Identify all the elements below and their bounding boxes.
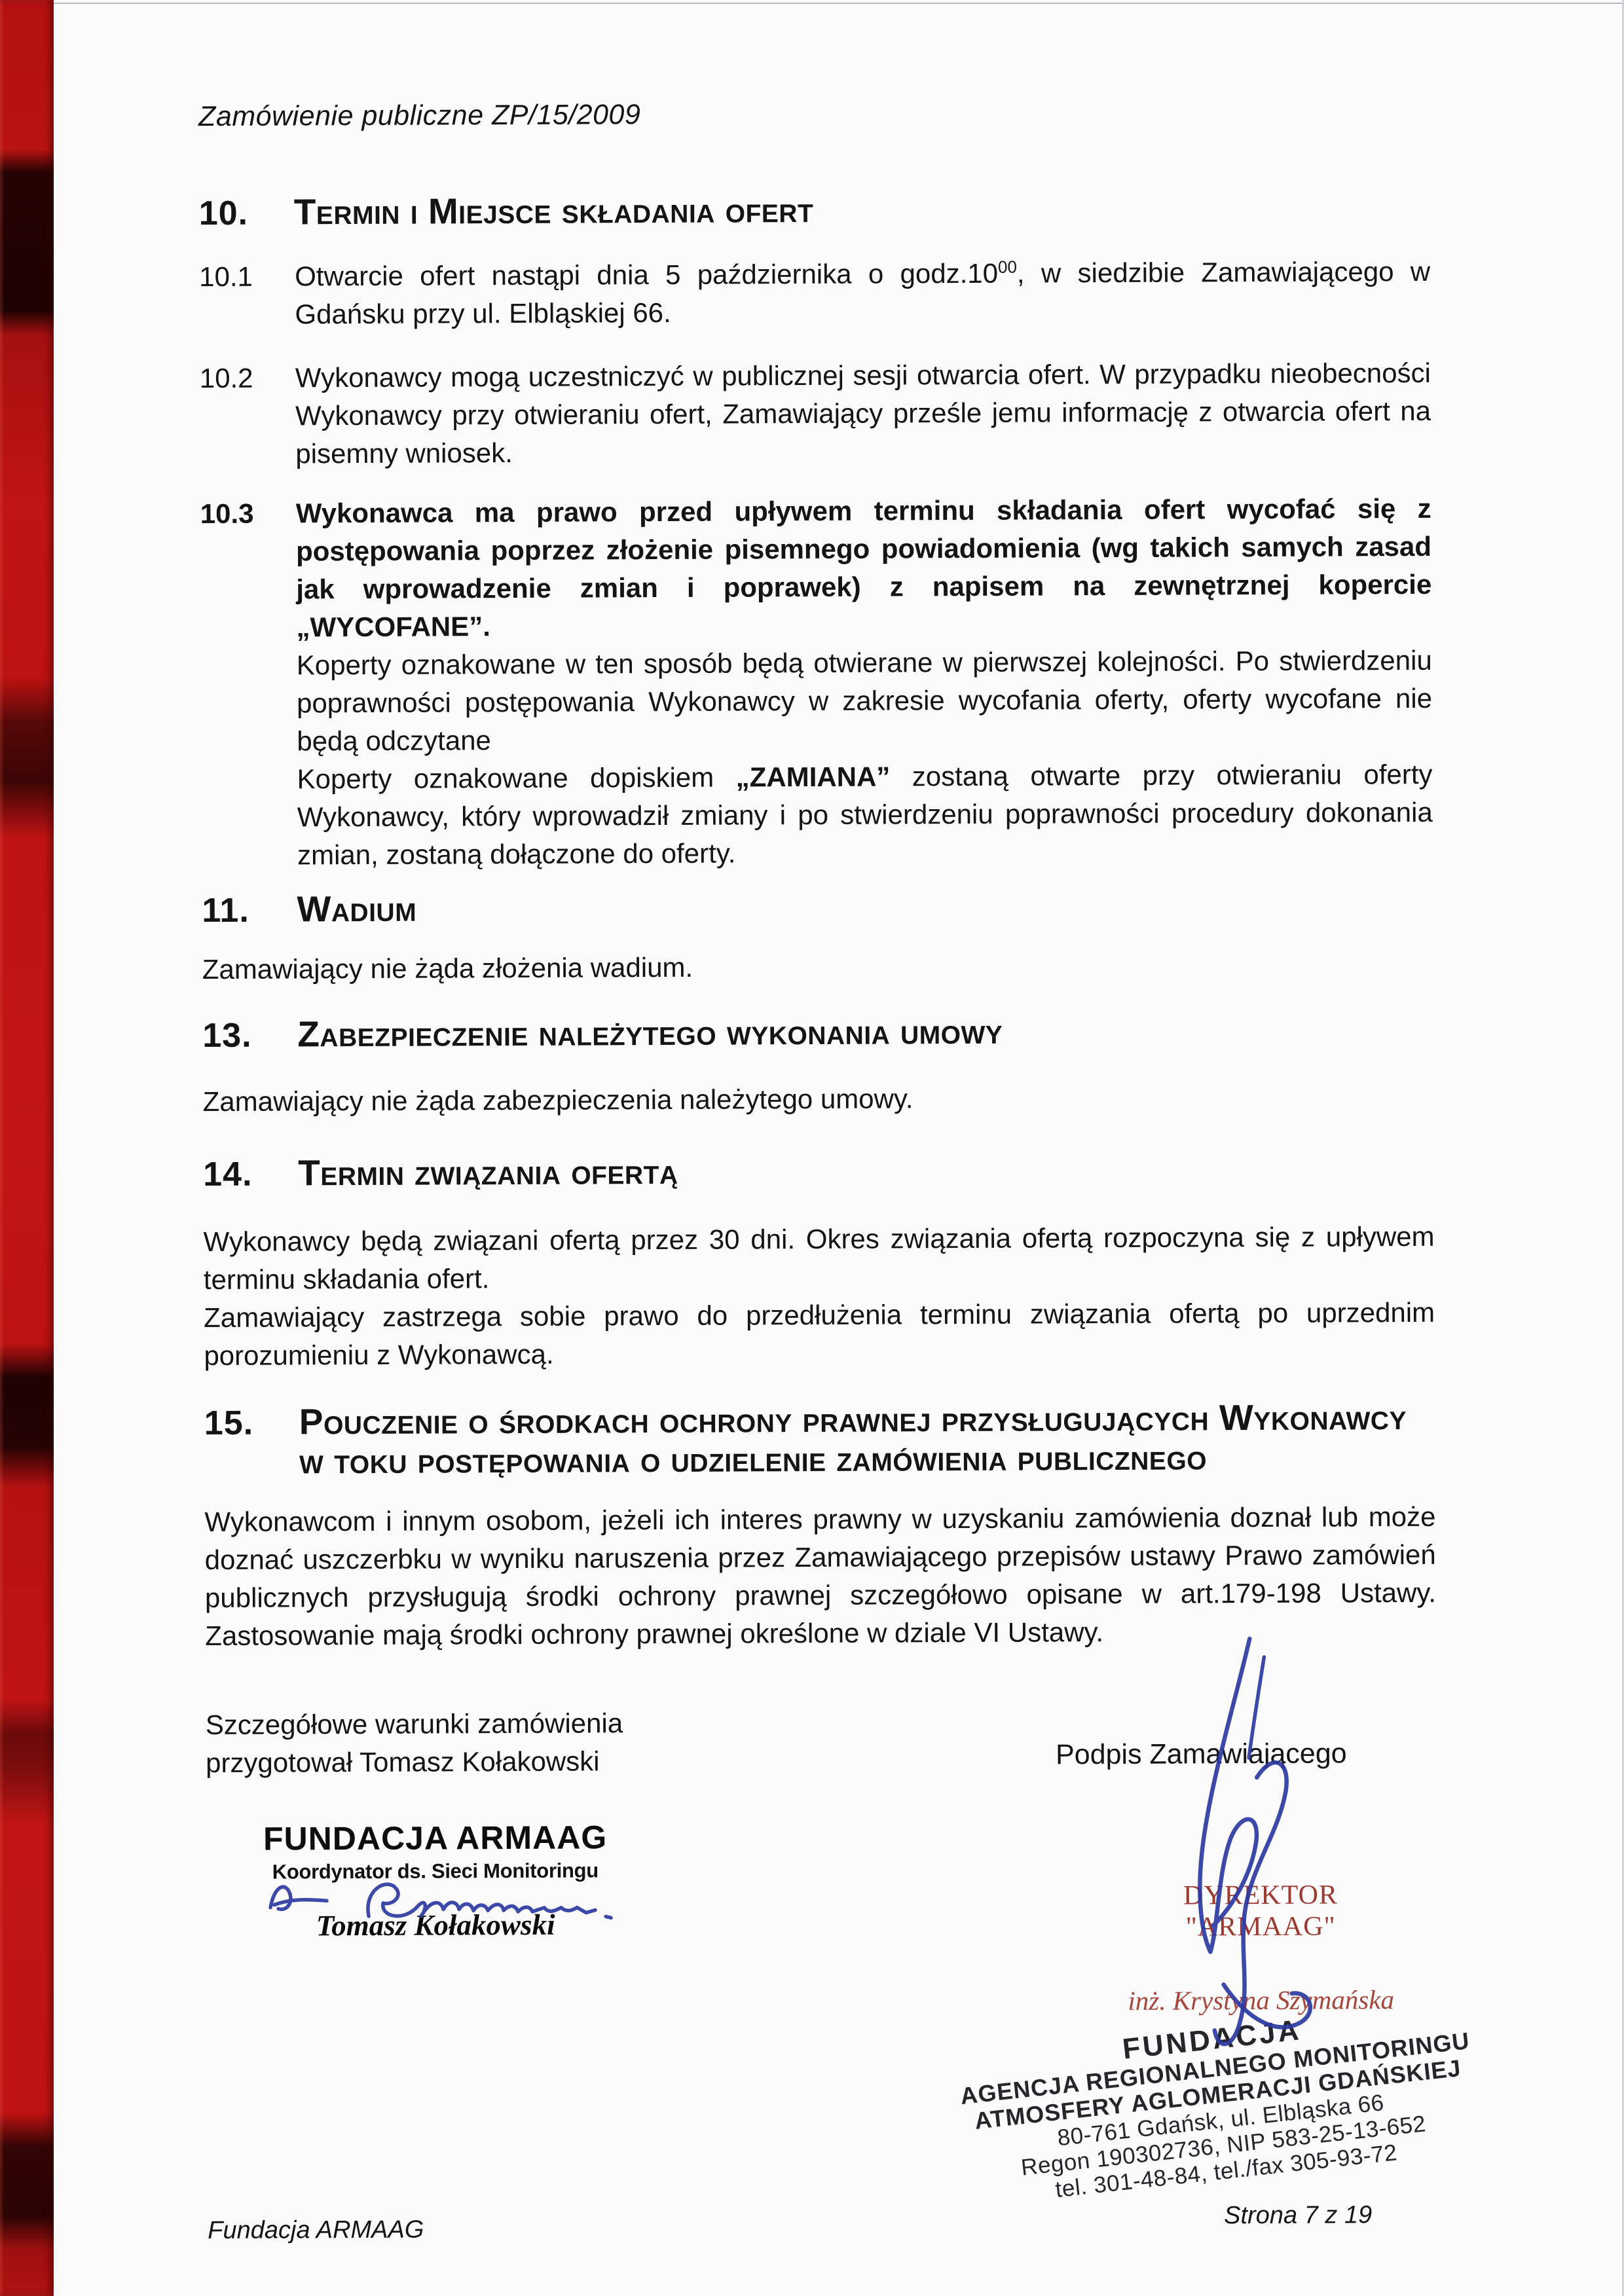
section-10-number: 10. <box>199 193 294 233</box>
section-11-number: 11. <box>202 890 297 930</box>
section-10-heading: 10. Termin i Miejsce składania ofert <box>199 187 1437 233</box>
section-14-title: Termin związania ofertą <box>298 1152 678 1193</box>
section-13-number: 13. <box>202 1015 297 1055</box>
signature-caption: Podpis Zamawiającego <box>1056 1738 1347 1771</box>
scanned-document-page: Zamówienie publiczne ZP/15/2009 10. Term… <box>0 0 1624 2296</box>
item-10-1-number: 10.1 <box>199 257 295 334</box>
armaag-stamp-title: FUNDACJA ARMAAG <box>258 1818 612 1857</box>
section-15-number: 15. <box>204 1403 299 1443</box>
item-10-1-superscript: 00 <box>998 257 1017 277</box>
section-10-title: Termin i Miejsce składania ofert <box>294 190 814 231</box>
item-10-3-p3-bold: „ZAMIANA” <box>736 761 891 792</box>
item-10-3-p3-pre: Koperty oznakowane dopiskiem <box>297 762 735 795</box>
section-15-title-line-1: Pouczenie o środkach ochrony prawnej prz… <box>299 1397 1442 1442</box>
footer-left: Fundacja ARMAAG <box>208 2216 424 2245</box>
footer-right: Strona 7 z 19 <box>1224 2201 1372 2230</box>
armaag-stamp-role: Koordynator ds. Sieci Monitoringu <box>259 1859 612 1884</box>
scan-binding-strip <box>0 0 54 2296</box>
armaag-stamp-name: Tomasz Kołakowski <box>259 1907 612 1942</box>
item-10-3-number: 10.3 <box>200 494 298 875</box>
document-content: Zamówienie publiczne ZP/15/2009 10. Term… <box>0 0 1624 2296</box>
section-15-title-line-2: w toku postępowania o udzielenie zamówie… <box>299 1436 1442 1481</box>
paragraph-zabezpieczenie: Zamawiający nie żąda zabezpieczenia nale… <box>203 1078 1434 1121</box>
paragraph-14: Wykonawcy będą związani ofertą przez 30 … <box>203 1218 1435 1375</box>
item-10-3: 10.3 Wykonawca ma prawo przed upływem te… <box>200 490 1433 875</box>
item-10-2-number: 10.2 <box>200 359 296 473</box>
item-10-1-text: Otwarcie ofert nastąpi dnia 5 październi… <box>295 253 1430 334</box>
section-11-title: Wadium <box>297 889 416 929</box>
prepared-by-line-2: przygotował Tomasz Kołakowski <box>206 1741 795 1782</box>
section-13-heading: 13. Zabezpieczenie należytego wykonania … <box>202 1010 1440 1055</box>
org-address-stamp: FUNDACJA AGENCJA REGIONALNEGO MONITORING… <box>931 1994 1508 2214</box>
item-10-2: 10.2 Wykonawcy mogą uczestniczyć w publi… <box>200 354 1431 473</box>
prepared-by-line-1: Szczegółowe warunki zamówienia <box>206 1704 795 1744</box>
paragraph-15: Wykonawcom i innym osobom, jeżeli ich in… <box>204 1498 1436 1655</box>
paragraph-wadium: Zamawiający nie żąda złożenia wadium. <box>202 945 1433 989</box>
section-11-heading: 11. Wadium <box>202 884 1439 930</box>
paragraph-14a: Wykonawcy będą związani ofertą przez 30 … <box>203 1218 1434 1299</box>
item-10-3-text: Wykonawca ma prawo przed upływem terminu… <box>296 490 1433 875</box>
section-14-heading: 14. Termin związania ofertą <box>203 1148 1441 1194</box>
document-header: Zamówienie publiczne ZP/15/2009 <box>198 99 640 133</box>
item-10-1-text-a: Otwarcie ofert nastąpi dnia 5 październi… <box>295 258 998 292</box>
section-15-heading: 15. Pouczenie o środkach ochrony prawnej… <box>204 1397 1443 1481</box>
item-10-3-bold-paragraph: Wykonawca ma prawo przed upływem terminu… <box>296 490 1432 647</box>
paragraph-14b: Zamawiający zastrzega sobie prawo do prz… <box>204 1294 1435 1375</box>
section-14-number: 14. <box>203 1154 298 1194</box>
item-10-1: 10.1 Otwarcie ofert nastąpi dnia 5 paźdz… <box>199 253 1430 334</box>
item-10-3-paragraph-3: Koperty oznakowane dopiskiem „ZAMIANA” z… <box>297 756 1433 875</box>
section-13-title: Zabezpieczenie należytego wykonania umow… <box>297 1011 1003 1054</box>
item-10-2-text: Wykonawcy mogą uczestniczyć w publicznej… <box>295 354 1431 473</box>
director-stamp-title: DYREKTOR "ARMAAG" <box>1110 1879 1411 1943</box>
section-15-title: Pouczenie o środkach ochrony prawnej prz… <box>299 1397 1443 1481</box>
item-10-3-paragraph-2: Koperty oznakowane w ten sposób będą otw… <box>297 642 1433 761</box>
prepared-by-block: Szczegółowe warunki zamówienia przygotow… <box>206 1704 795 1782</box>
